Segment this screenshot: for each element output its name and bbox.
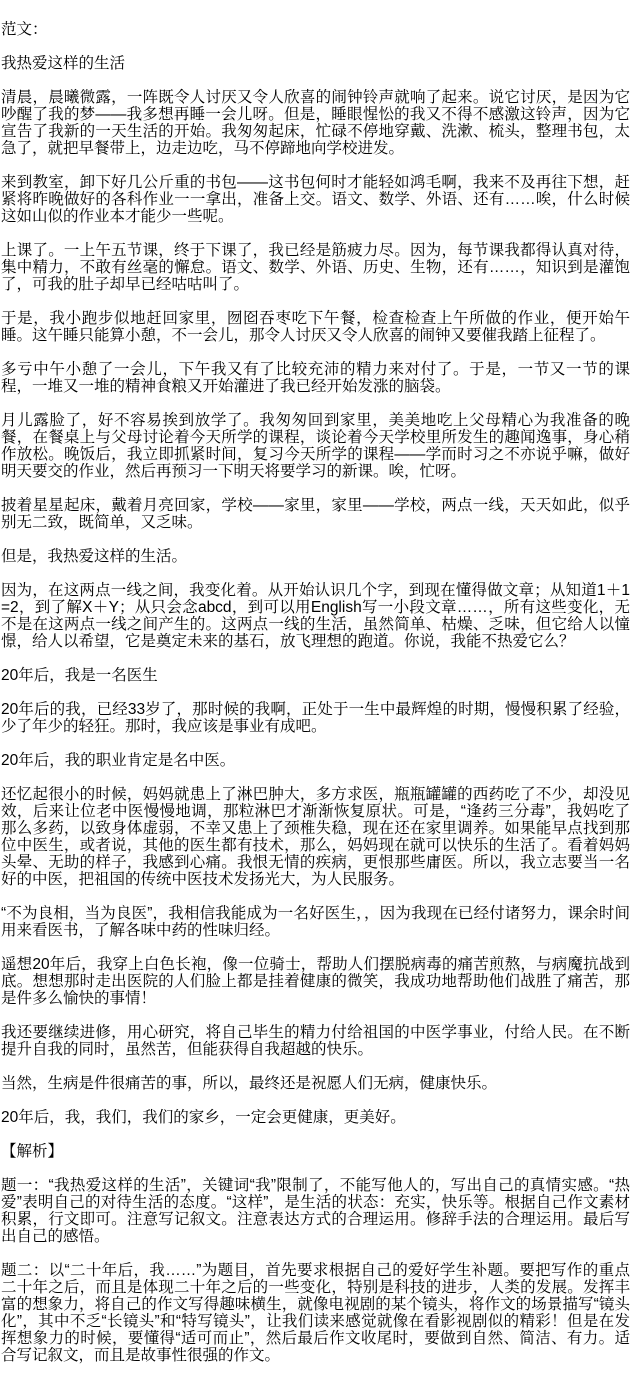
essay2-paragraph: 当然，生病是件很痛苦的事，所以，最终还是祝愿人们无病，健康快乐。 — [1, 1075, 630, 1092]
essay1-paragraph: 披着星星起床，戴着月亮回家，学校——家里，家里——学校，两点一线，天天如此，似乎… — [1, 497, 630, 531]
essay2-paragraph: 遥想20年后，我穿上白色长袍，像一位骑士，帮助人们摆脱病毒的痛苦煎熬，与病魔抗战… — [1, 956, 630, 1007]
essay1-paragraph: 来到教室，卸下好几公斤重的书包——这书包何时才能轻如鸿毛啊，我来不及再往下想，赶… — [1, 174, 630, 225]
essay1-paragraph: 因为，在这两点一线之间，我变化着。从开始认识几个字，到现在懂得做文章；从知道1＋… — [1, 582, 630, 650]
essay2-paragraph: 20年后，我，我们，我们的家乡，一定会更健康，更美好。 — [1, 1109, 630, 1126]
essay1-paragraph: 但是，我热爱这样的生活。 — [1, 548, 630, 565]
essay2-paragraph: 我还要继续进修，用心研究，将自己毕生的精力付给祖国的中医学事业，付给人民。在不断… — [1, 1024, 630, 1058]
essay2-paragraph: 还忆起很小的时候，妈妈就患上了淋巴肿大，多方求医，瓶瓶罐罐的西药吃了不少，却没见… — [1, 786, 630, 888]
intro-label: 范文： — [1, 21, 630, 38]
analysis-heading: 【解析】 — [1, 1143, 630, 1160]
essay2-paragraph: 20年后，我的职业肯定是名中医。 — [1, 752, 630, 769]
essay2-paragraph: “不为良相，当为良医”，我相信我能成为一名好医生，，因为我现在已经付诸努力，课余… — [1, 905, 630, 939]
essay1-paragraph: 于是，我小跑步似地赶回家里，囫囵吞枣吃下午餐，检查检查上午所做的作业，便开始午睡… — [1, 310, 630, 344]
analysis-item: 题一：“我热爱这样的生活”，关键词“我”限制了，不能写他人的，写出自己的真情实感… — [1, 1177, 630, 1245]
essay1-paragraph: 清晨，晨曦微露，一阵既令人讨厌又令人欣喜的闹钟铃声就响了起来。说它讨厌，是因为它… — [1, 89, 630, 157]
essay1-paragraph: 上课了。一上午五节课，终于下课了，我已经是筋疲力尽。因为，每节课我都得认真对待，… — [1, 242, 630, 293]
document-page: 范文： 我热爱这样的生活 清晨，晨曦微露，一阵既令人讨厌又令人欣喜的闹钟铃声就响… — [0, 0, 630, 1392]
analysis-item: 题二：以“二十年后，我……”为题目，首先要求根据自己的爱好学生补题。要把写作的重… — [1, 1262, 630, 1364]
essay2-title: 20年后，我是一名医生 — [1, 667, 630, 684]
essay1-title: 我热爱这样的生活 — [1, 55, 630, 72]
essay1-paragraph: 多亏中午小憩了一会儿，下午我又有了比较充沛的精力来对付了。于是，一节又一节的课程… — [1, 361, 630, 395]
essay1-paragraph: 月儿露脸了，好不容易挨到放学了。我匆匆回到家里，美美地吃上父母精心为我准备的晚餐… — [1, 412, 630, 480]
essay2-paragraph: 20年后的我，已经33岁了，那时候的我啊，正处于一生中最辉煌的时期，慢慢积累了经… — [1, 701, 630, 735]
